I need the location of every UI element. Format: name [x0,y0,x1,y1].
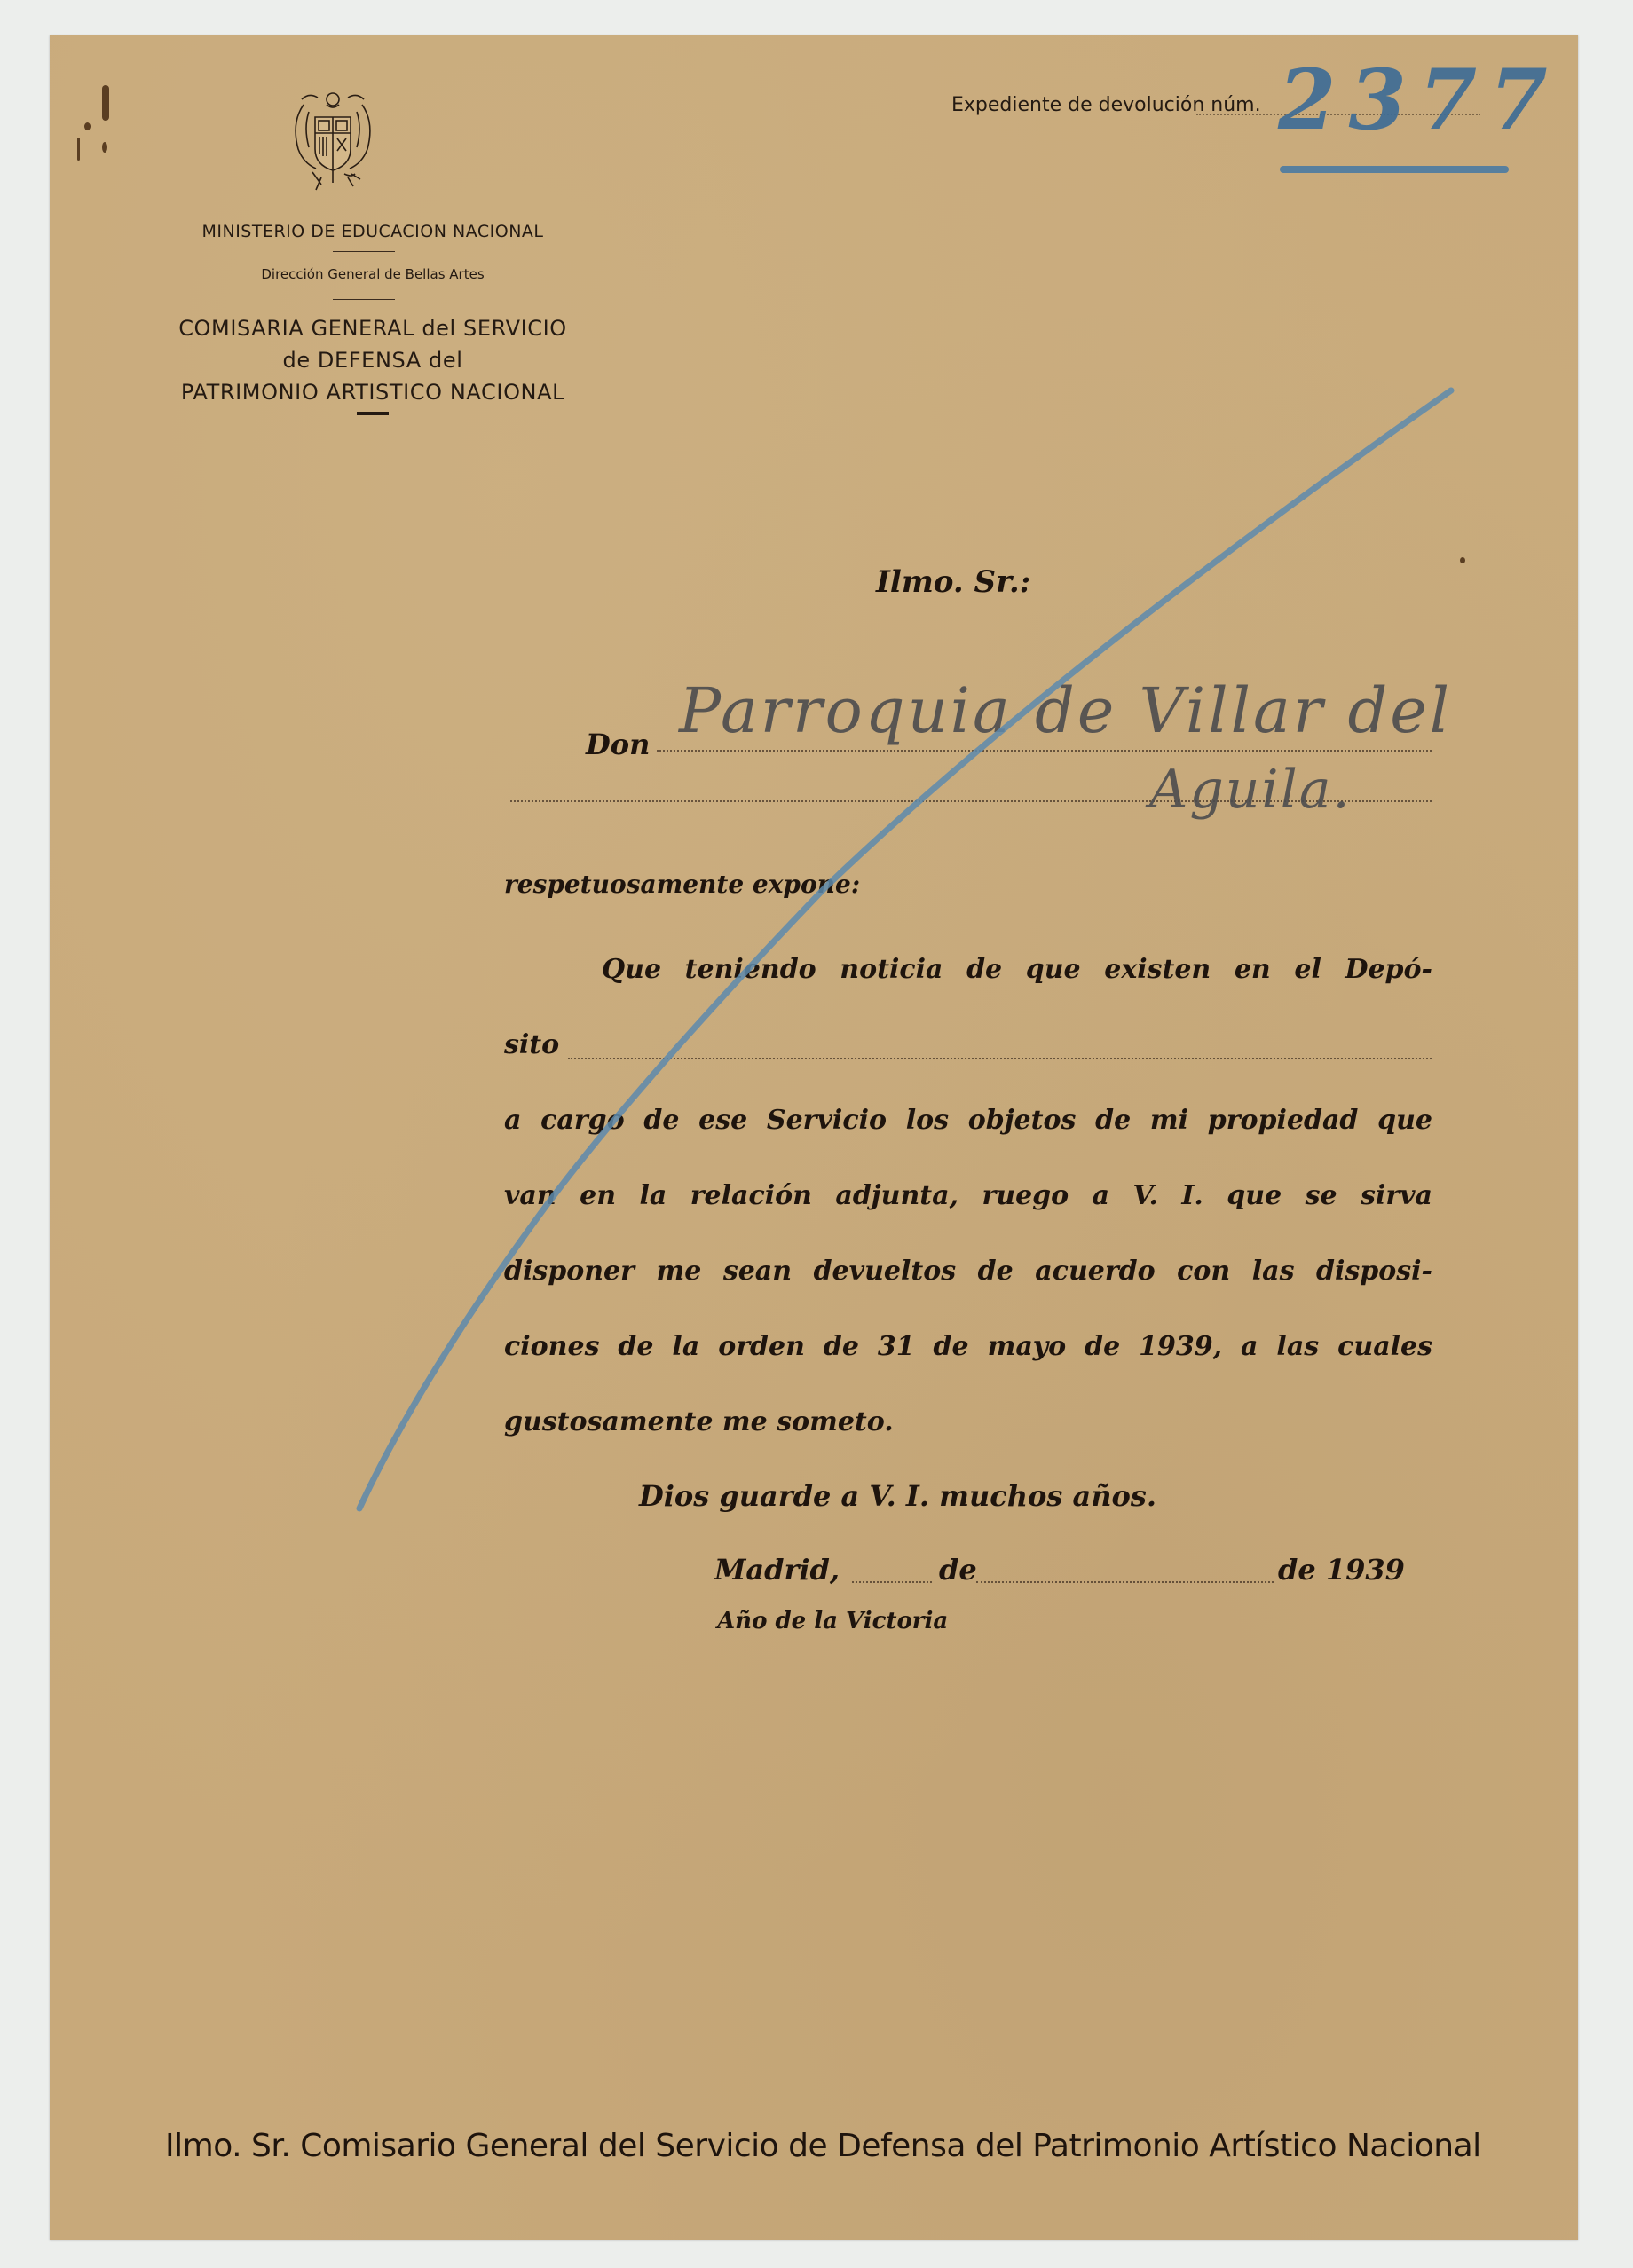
commission-line: de DEFENSA del [115,344,630,376]
body-line: van en la relación adjunta, ruego a V. I… [504,1180,1432,1211]
body-line: Que teniendo noticia de que existen en e… [504,954,1432,985]
body-line: disponer me sean devueltos de acuerdo co… [504,1256,1432,1287]
body-line: gustosamente me someto. [504,1406,1432,1437]
handwritten-requester-name: Parroquia de Villar del [679,674,1452,747]
addressee-footer: Ilmo. Sr. Comisario General del Servicio… [165,2128,1481,2164]
dateline-de: de [939,1553,977,1587]
handwritten-requester-name-2: Aguila. [1149,759,1352,821]
stain-mark [102,85,109,121]
stain-mark [102,142,107,153]
body-line: sito [504,1029,1432,1060]
coat-of-arms-icon [286,85,380,197]
stain-mark [84,122,91,130]
direction-heading: Dirección General de Bellas Artes [115,266,630,282]
stain-mark [1460,557,1465,563]
expediente-number: 2377 [1278,51,1560,149]
body-line: a cargo de ese Servicio los objetos de m… [504,1105,1432,1136]
requester-field-line [657,750,1432,752]
closing-text: Dios guarde a V. I. muchos años. [639,1479,1156,1513]
header-divider [333,299,395,300]
expediente-underline [1280,166,1509,173]
month-field-line [976,1581,1274,1583]
dateline-city: Madrid, [714,1553,840,1587]
commission-heading: COMISARIA GENERAL del SERVICIO de DEFENS… [115,312,630,408]
intro-text: respetuosamente expone: [504,870,860,899]
stain-mark [77,138,80,161]
deposit-field-line [568,1058,1432,1059]
commission-line: COMISARIA GENERAL del SERVICIO [115,312,630,344]
header-divider [333,251,395,252]
day-field-line [852,1581,932,1583]
commission-line: PATRIMONIO ARTISTICO NACIONAL [115,376,630,408]
body-line: ciones de la orden de 31 de mayo de 1939… [504,1331,1432,1362]
dateline-year: de 1939 [1278,1553,1405,1587]
salutation: Ilmo. Sr.: [876,564,1030,600]
year-motto: Año de la Victoria [717,1608,948,1634]
header-divider [357,412,389,415]
ministry-heading: MINISTERIO DE EDUCACION NACIONAL [115,222,630,241]
don-label: Don [586,728,650,761]
